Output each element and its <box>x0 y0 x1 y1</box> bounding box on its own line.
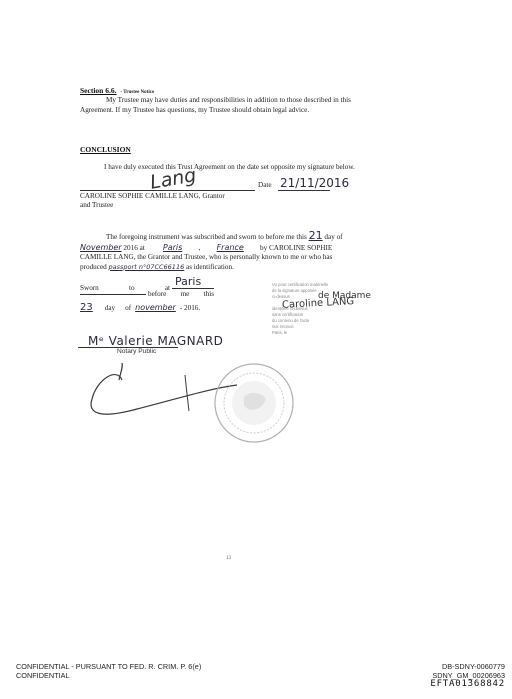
section-subtitle: - Trustee Notice <box>120 90 154 95</box>
jurat-line-3: CAMILLE LANG, the Grantor and Trustee, w… <box>80 253 420 263</box>
sworn-year: - 2016. <box>180 304 200 312</box>
jurat-text: produced <box>80 263 107 271</box>
conclusion-heading: CONCLUSION <box>80 145 131 154</box>
notary-title: Notary Public <box>117 348 156 355</box>
jurat-text: The foregoing instrument was subscribed … <box>106 233 307 241</box>
date-value: 21/11/2016 <box>280 176 349 190</box>
page-number: 13 <box>226 556 231 561</box>
notice-line: Paris, le <box>272 330 382 336</box>
sworn-line-left <box>80 294 146 295</box>
jurat-text: by CAROLINE SOPHIE <box>260 244 332 252</box>
jurat-line-1: The foregoing instrument was subscribed … <box>80 231 420 243</box>
bates-db-number: DB-SDNY-0060779 <box>430 662 505 671</box>
notary-signature: Mᵉ Valerie MAGNARD <box>88 334 223 348</box>
jurat-text: as identification. <box>186 263 234 271</box>
trustee-notice-paragraph: My Trustee may have duties and responsib… <box>80 96 420 115</box>
paragraph-line: Agreement. If my Trustee has questions, … <box>80 106 420 116</box>
sworn-word: to <box>129 284 135 294</box>
jurat-month: November <box>80 243 122 252</box>
jurat-line-2: November 2016 at Paris, France by CAROLI… <box>80 243 420 254</box>
jurat-text: day of <box>324 233 342 241</box>
jurat-text: 2016 at <box>123 244 144 252</box>
confidential-label: CONFIDENTIAL <box>16 671 201 680</box>
sworn-word: this <box>204 290 214 300</box>
sworn-line-place <box>172 288 214 289</box>
jurat-day: 21 <box>309 229 323 242</box>
date-line <box>278 190 330 191</box>
jurat-paragraph: The foregoing instrument was subscribed … <box>80 231 420 272</box>
sworn-word: day <box>105 304 115 312</box>
sworn-word: Sworn <box>80 284 99 294</box>
paragraph-line: My Trustee may have duties and responsib… <box>80 96 420 106</box>
footer-right: DB-SDNY-0060779 SDNY_GM_00206963 EFTA013… <box>430 662 505 689</box>
sworn-place: Paris <box>175 275 201 288</box>
signer-role: and Trustee <box>80 201 113 211</box>
notary-seal-icon <box>212 361 296 445</box>
confidential-notice: CONFIDENTIAL - PURSUANT TO FED. R. CRIM.… <box>16 662 201 671</box>
efta-number: EFTA01368842 <box>430 680 505 689</box>
date-label: Date <box>258 181 272 191</box>
jurat-country: France <box>202 243 258 253</box>
sworn-month: november <box>135 303 176 312</box>
section-title: Section 6.6. <box>80 86 116 95</box>
execution-statement: I have duly executed this Trust Agreemen… <box>104 163 355 173</box>
sworn-word: of <box>125 304 131 312</box>
jurat-line-4: produced passport n°07CC66116 as identif… <box>80 263 420 273</box>
jurat-city: Paris <box>147 243 199 253</box>
footer-left: CONFIDENTIAL - PURSUANT TO FED. R. CRIM.… <box>16 662 201 680</box>
jurat-id: passport n°07CC66116 <box>109 263 185 271</box>
sworn-row-3: 23 day of november - 2016. <box>80 297 200 315</box>
sworn-day: 23 <box>80 302 93 313</box>
